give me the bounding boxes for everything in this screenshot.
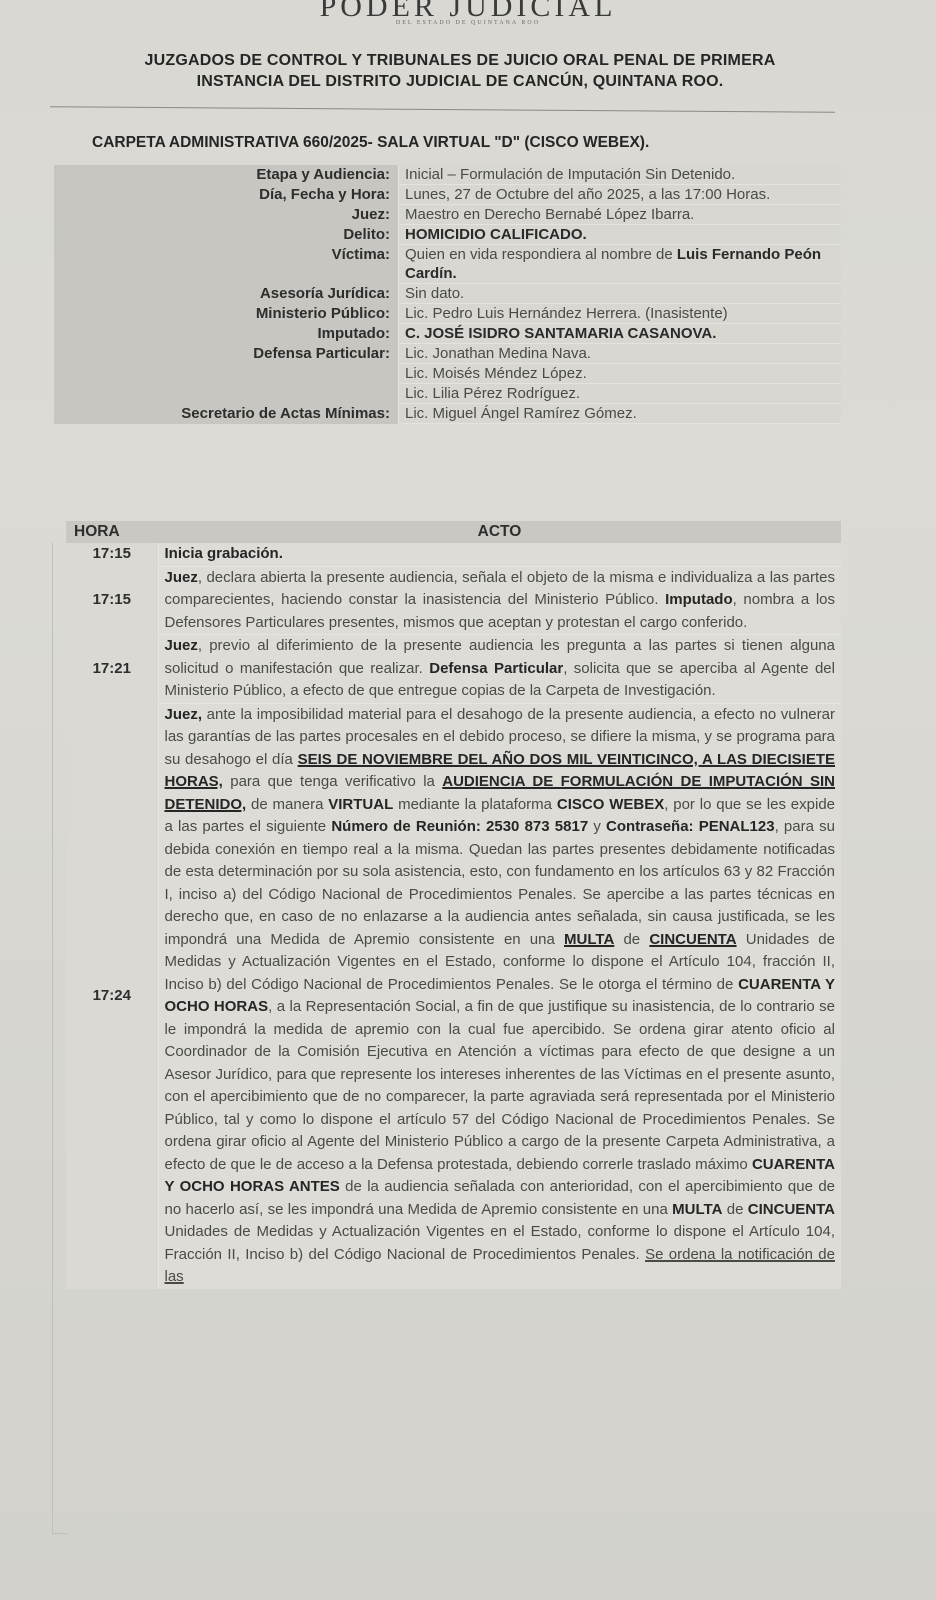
info-row-defensa-3: Lic. Lilia Pérez Rodríguez. <box>54 384 841 404</box>
info-label: Defensa Particular: <box>54 344 399 364</box>
bold-text: Contraseña: PENAL123 <box>606 818 775 835</box>
info-value: Lic. Pedro Luis Hernández Herrera. (Inas… <box>399 304 842 324</box>
info-value: Maestro en Derecho Bernabé López Ibarra. <box>399 205 842 225</box>
bold-text: CINCUENTA <box>649 931 736 948</box>
info-value: Sin dato. <box>399 284 842 304</box>
info-row-imputado: Imputado: C. JOSÉ ISIDRO SANTAMARIA CASA… <box>54 324 841 344</box>
court-title-line-2: INSTANCIA DEL DISTRITO JUDICIAL DE CANCÚ… <box>40 71 880 92</box>
info-label: Etapa y Audiencia: <box>54 165 399 185</box>
underlined-text: Se ordena la notificación de las <box>165 1246 835 1286</box>
info-row-victima: Víctima: Quien en vida respondiera al no… <box>54 245 841 284</box>
column-header-hora: HORA <box>66 521 158 543</box>
info-row-delito: Delito: HOMICIDIO CALIFICADO. <box>54 225 841 245</box>
info-row-etapa: Etapa y Audiencia: Inicial – Formulación… <box>54 165 841 185</box>
info-label: Día, Fecha y Hora: <box>54 185 399 205</box>
row-hora: 17:24 <box>66 703 158 1289</box>
carpeta-title: CARPETA ADMINISTRATIVA 660/2025- SALA VI… <box>92 134 812 152</box>
bold-text: Juez <box>165 637 198 654</box>
info-label: Delito: <box>54 225 399 245</box>
row-acto: Inicia grabación. <box>158 543 841 566</box>
info-row-defensa-2: Lic. Moisés Méndez López. <box>54 364 841 384</box>
info-value: Lunes, 27 de Octubre del año 2025, a las… <box>399 185 842 205</box>
bold-text: AUDIENCIA DE FORMULACIÓN DE IMPUTACIÓN S… <box>165 773 836 813</box>
bold-text: MULTA <box>672 1201 722 1218</box>
info-row-secretario: Secretario de Actas Mínimas: Lic. Miguel… <box>54 404 841 424</box>
bold-text: Inicia grabación. <box>165 545 283 562</box>
info-label-empty <box>54 364 399 384</box>
bold-text: Juez, <box>165 706 203 723</box>
info-row-juez: Juez: Maestro en Derecho Bernabé López I… <box>54 205 841 225</box>
bold-text: Número de Reunión: 2530 873 5817 <box>331 818 588 835</box>
info-label: Imputado: <box>54 324 399 344</box>
document-page: PODER JUDICIAL DEL ESTADO DE QUINTANA RO… <box>0 0 936 1600</box>
table-row: 17:15Inicia grabación. <box>66 543 841 566</box>
acto-table: HORA ACTO 17:15Inicia grabación.17:15Jue… <box>66 521 841 1289</box>
hearing-info-table: Etapa y Audiencia: Inicial – Formulación… <box>54 165 841 424</box>
info-value: Inicial – Formulación de Imputación Sin … <box>399 165 842 185</box>
info-label: Secretario de Actas Mínimas: <box>54 404 399 424</box>
table-row: 17:15Juez, declara abierta la presente a… <box>66 566 841 635</box>
info-label-empty <box>54 384 399 404</box>
court-title: JUZGADOS DE CONTROL Y TRIBUNALES DE JUIC… <box>40 50 880 92</box>
bold-text: Juez <box>165 569 198 586</box>
victima-prefix: Quien en vida respondiera al nombre de <box>405 246 677 263</box>
header-divider <box>50 106 835 112</box>
info-value: C. JOSÉ ISIDRO SANTAMARIA CASANOVA. <box>399 324 842 344</box>
info-row-asesoria: Asesoría Jurídica: Sin dato. <box>54 284 841 304</box>
info-label: Asesoría Jurídica: <box>54 284 399 304</box>
table-row: 17:24Juez, ante la imposibilidad materia… <box>66 703 841 1289</box>
row-acto: Juez, ante la imposibilidad material par… <box>158 703 841 1289</box>
institution-logo-subtitle: DEL ESTADO DE QUINTANA ROO <box>0 20 936 26</box>
info-value: HOMICIDIO CALIFICADO. <box>399 225 842 245</box>
table-outline <box>52 543 67 1534</box>
row-hora: 17:15 <box>66 543 158 566</box>
bold-text: CUARENTA Y OCHO HORAS <box>165 976 836 1016</box>
info-row-defensa: Defensa Particular: Lic. Jonathan Medina… <box>54 344 841 364</box>
info-label: Víctima: <box>54 245 399 284</box>
info-row-fecha: Día, Fecha y Hora: Lunes, 27 de Octubre … <box>54 185 841 205</box>
info-value: Lic. Miguel Ángel Ramírez Gómez. <box>399 404 842 424</box>
row-acto: Juez, declara abierta la presente audien… <box>158 566 841 635</box>
acto-table-header: HORA ACTO <box>66 521 841 543</box>
info-value: Quien en vida respondiera al nombre de L… <box>399 245 842 284</box>
info-label: Juez: <box>54 205 399 225</box>
table-row: 17:21Juez, previo al diferimiento de la … <box>66 635 841 704</box>
bold-text: CINCUENTA <box>748 1201 835 1218</box>
bold-text: Imputado <box>665 591 733 608</box>
bold-text: CISCO WEBEX <box>557 796 664 813</box>
court-title-line-1: JUZGADOS DE CONTROL Y TRIBUNALES DE JUIC… <box>40 50 880 71</box>
acto-table-body: 17:15Inicia grabación.17:15Juez, declara… <box>66 543 841 1289</box>
imputado-name: C. JOSÉ ISIDRO SANTAMARIA CASANOVA. <box>405 325 716 342</box>
delito-value: HOMICIDIO CALIFICADO. <box>405 226 587 243</box>
row-hora: 17:15 <box>66 566 158 635</box>
column-header-acto: ACTO <box>158 521 841 543</box>
bold-text: VIRTUAL <box>328 796 393 813</box>
info-value: Lic. Jonathan Medina Nava. <box>399 344 842 364</box>
row-acto: Juez, previo al diferimiento de la prese… <box>158 635 841 704</box>
bold-text: CUARENTA Y OCHO HORAS ANTES <box>165 1156 836 1196</box>
row-hora: 17:21 <box>66 635 158 704</box>
bold-text: Defensa Particular <box>429 660 563 677</box>
info-value: Lic. Lilia Pérez Rodríguez. <box>399 384 842 404</box>
info-value: Lic. Moisés Méndez López. <box>399 364 842 384</box>
bold-text: MULTA <box>564 931 614 948</box>
info-label: Ministerio Público: <box>54 304 399 324</box>
info-row-ministerio: Ministerio Público: Lic. Pedro Luis Hern… <box>54 304 841 324</box>
